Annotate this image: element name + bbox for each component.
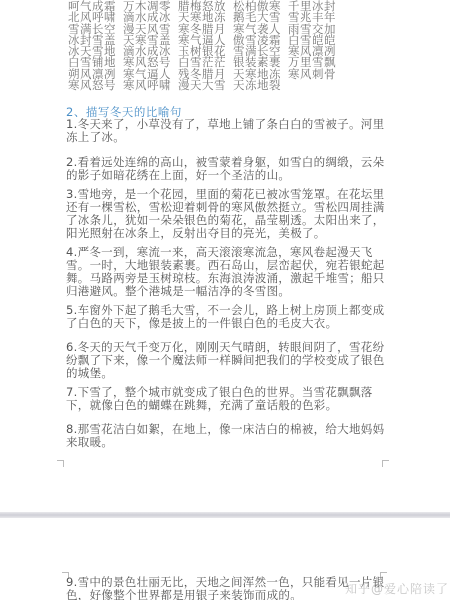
document-page-1: 呵气成霜 万木凋零 腊梅怒放 松柏傲寒 千里冰封 北风呼啸 滴水成冰 天寒地冻 … bbox=[0, 0, 450, 512]
idiom: 天冻地裂 bbox=[233, 80, 288, 91]
paragraph-4: 4.严冬一到，寒流一来，高天滚滚寒流急，寒风卷起漫天飞雪。一时，大地银装素裹。西… bbox=[66, 246, 396, 298]
paragraph-2: 2.看着远处连绵的高山，被雪蒙着身躯，如雪白的绸缎，云朵的影子如暗花绣在上面，好… bbox=[66, 156, 396, 182]
paragraph-7: 7.下雪了，整个城市就变成了银白色的世界。当雪花飘飘落下，就像白色的蝴蝶在跳舞，… bbox=[66, 386, 396, 412]
idiom: 漫天大雪 bbox=[178, 80, 233, 91]
watermark: 知乎@爱心陪读了 bbox=[345, 580, 449, 597]
paragraph-8: 8.那雪花洁白如絮，在地上，像一床洁白的棉被，给大地妈妈来取暖。 bbox=[66, 423, 396, 449]
paragraph-6: 6.冬天的天气千变万化，刚刚天气晴朗，转眼间阴了，雪花纷纷飘了下来，像一个魔法师… bbox=[66, 341, 396, 380]
idiom-grid: 呵气成霜 万木凋零 腊梅怒放 松柏傲寒 千里冰封 北风呼啸 滴水成冰 天寒地冻 … bbox=[68, 1, 358, 91]
paragraph-3: 3.雪地旁，是一个花园，里面的菊花已被冰雪笼罩。在花坛里还有一棵雪松，雪松迎着刺… bbox=[66, 188, 396, 240]
page-corner-mark bbox=[382, 460, 389, 467]
idiom: 寒风呼啸 bbox=[123, 80, 178, 91]
paragraph-5: 5.车窗外下起了鹅毛大雪，不一会儿，路上树上房顶上都变成了白色的天下，像是披上的… bbox=[66, 304, 396, 330]
page-corner-mark bbox=[57, 460, 64, 467]
idiom: 寒风刺骨 bbox=[288, 69, 343, 80]
idiom: 寒风怒号 bbox=[68, 80, 123, 91]
paragraph-1: 1.冬天来了，小草没有了，草地上铺了条白白的雪被子。河里冻上了冰。 bbox=[66, 118, 396, 144]
